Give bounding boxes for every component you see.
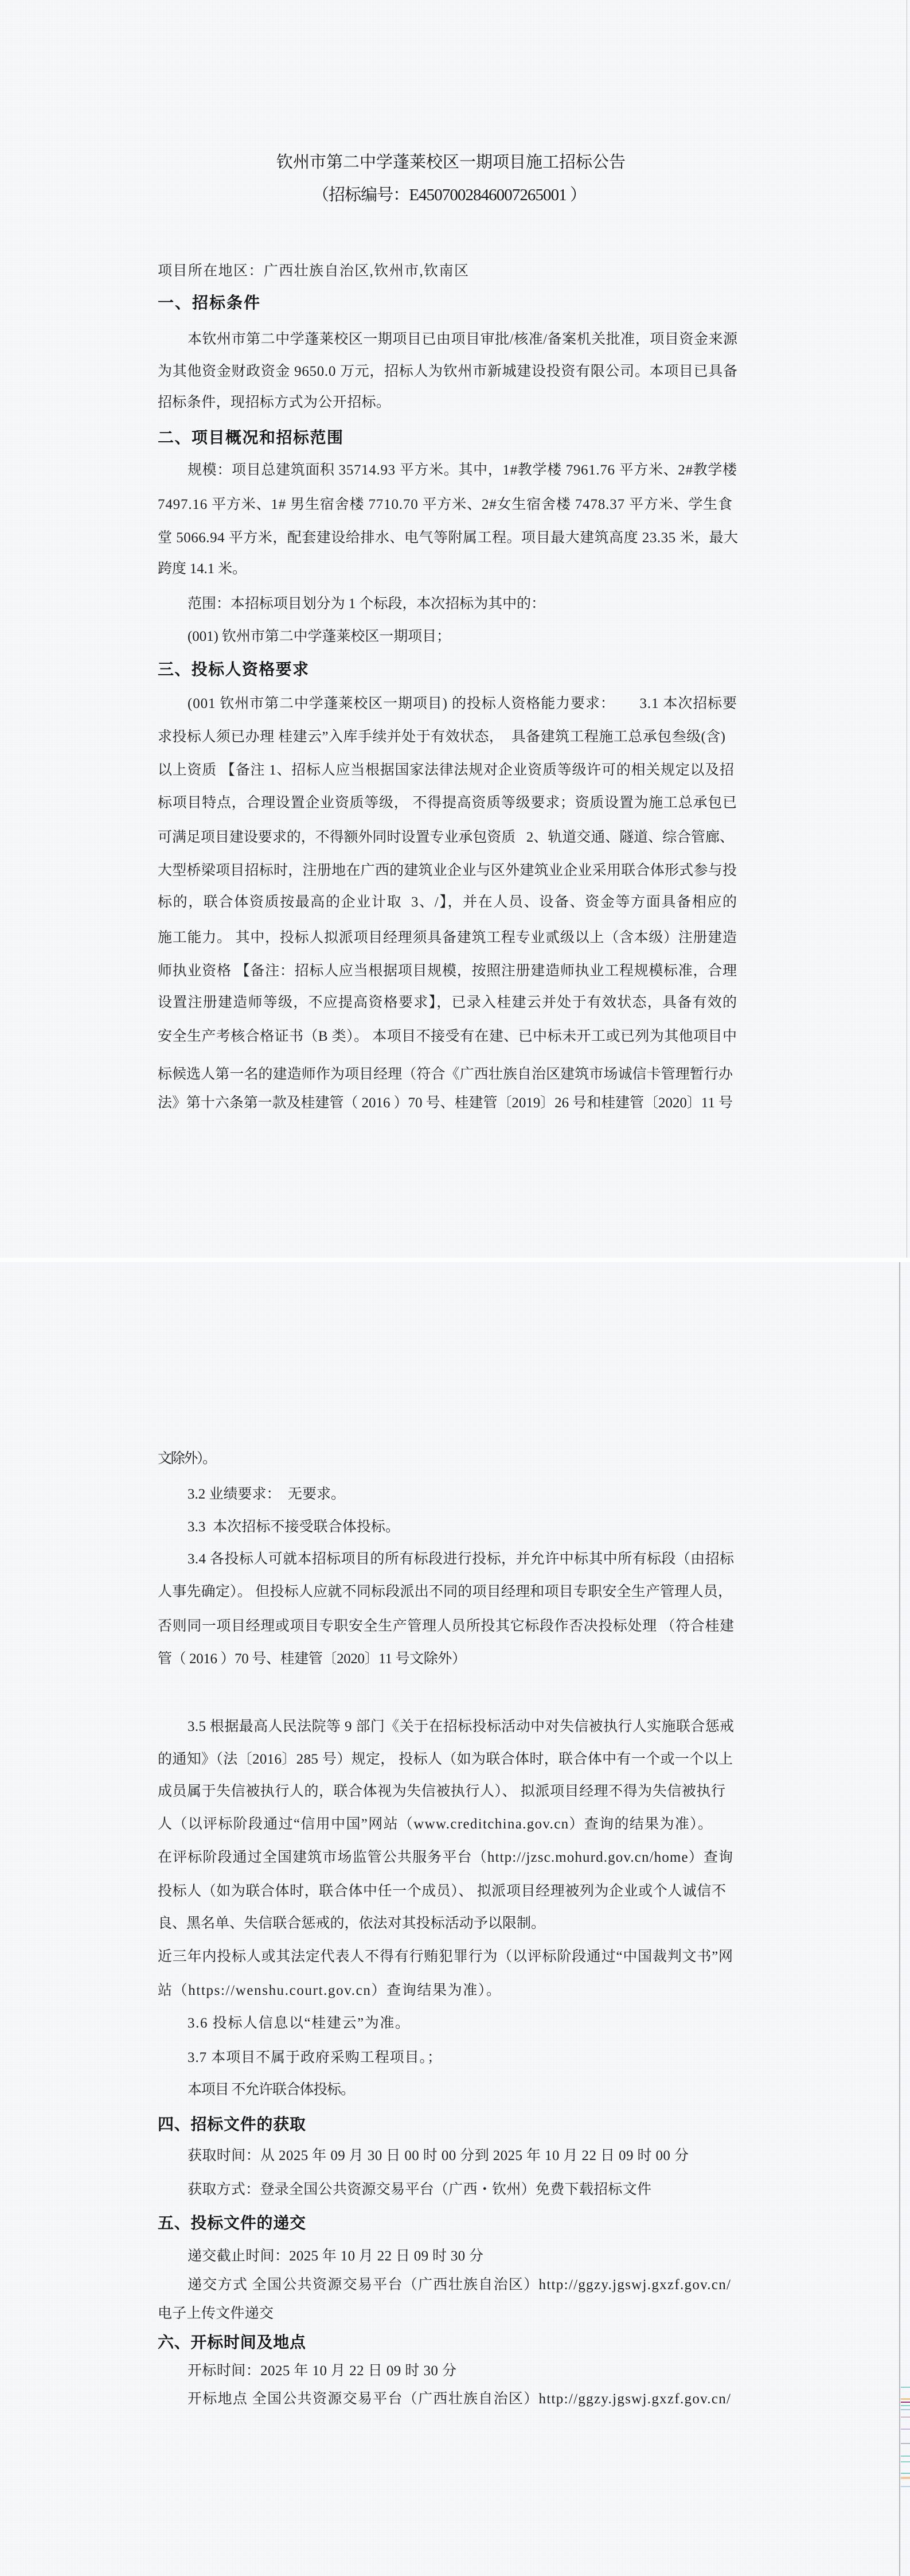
scan-artifact: [901, 2443, 910, 2444]
scan-artifact: [901, 2486, 910, 2487]
text-line: 安全生产考核合格证书（B 类）。 本项目不接受有在建、已中标未开工或已列为其他项…: [158, 1028, 737, 1046]
scan-artifact: [901, 2398, 910, 2400]
text-line: 递交方式 全国公共资源交易平台（广西壮族自治区）http://ggzy.jgsw…: [188, 2276, 731, 2294]
text-line: 获取方式：登录全国公共资源交易平台（广西・钦州）免费下载招标文件: [188, 2181, 651, 2199]
text-line: 的通知》（法〔2016〕285 号）规定， 投标人（如为联合体时，联合体中有一个…: [158, 1750, 733, 1769]
text-line: 标项目特点，合理设置企业资质等级， 不得提高资质等级要求；资质设置为施工总承包已: [158, 794, 737, 812]
text-line: 在评标阶段通过全国建筑市场监管公共服务平台（http://jzsc.mohurd…: [158, 1849, 733, 1867]
text-line: 招标条件，现招标方式为公开招标。: [158, 394, 390, 412]
text-line: 跨度 14.1 米。: [158, 560, 247, 578]
text-line: 规模：项目总建筑面积 35714.93 平方米。其中，1#教学楼 7961.76…: [188, 461, 737, 480]
scan-artifact: [901, 2417, 910, 2418]
scan-artifact: [901, 2409, 910, 2410]
scan-artifact: [901, 2461, 910, 2462]
scan-artifact: [901, 2429, 910, 2430]
text-line: 3.2 业绩要求： 无要求。: [188, 1485, 345, 1504]
section-heading: 三、投标人资格要求: [158, 660, 309, 679]
section-heading: 六、开标时间及地点: [158, 2333, 306, 2352]
scan-artifact: [901, 2402, 910, 2403]
text-line: 以上资质 【备注 1、招标人应当根据国家法律法规对企业资质等级许可的相关规定以及…: [158, 761, 735, 780]
scanned-document: 钦州市第二中学蓬莱校区一期项目施工招标公告 （招标编号：E45070028460…: [0, 0, 910, 2576]
scan-artifact: [901, 2405, 910, 2406]
text-line: 站（https://wenshu.court.gov.cn）查询结果为准）。: [158, 1982, 502, 2000]
text-line: 为其他资金财政资金 9650.0 万元，招标人为钦州市新城建设投资有限公司。本项…: [158, 363, 738, 381]
text-line: 开标时间：2025 年 10 月 22 日 09 时 30 分: [188, 2362, 456, 2380]
project-location: 项目所在地区：广西壮族自治区,钦州市,钦南区: [158, 262, 469, 281]
text-line: 标的，联合体资质按最高的企业计取 3、/】，并在人员、设备、资金等方面具备相应的: [158, 893, 738, 912]
text-line: 法》第十六条第一款及桂建管（ 2016 ）70 号、桂建管〔2019〕26 号和…: [158, 1094, 733, 1112]
scan-artifact: [901, 2387, 910, 2388]
text-line: 开标地点 全国公共资源交易平台（广西壮族自治区）http://ggzy.jgsw…: [188, 2390, 731, 2408]
text-line: 堂 5066.94 平方米，配套建设给排水、电气等附属工程。项目最大建筑高度 2…: [158, 529, 739, 547]
text-line: 7497.16 平方米、1# 男生宿舍楼 7710.70 平方米、2#女生宿舍楼…: [158, 496, 733, 514]
section-heading: 四、招标文件的获取: [158, 2115, 306, 2134]
text-line: 本钦州市第二中学蓬莱校区一期项目已由项目审批/核准/备案机关批准，项目资金来源: [188, 330, 738, 349]
scan-artifact: [901, 2473, 910, 2474]
text-line: 3.7 本项目不属于政府采购工程项目。；: [188, 2049, 442, 2067]
text-line: 成员属于失信被执行人的，联合体视为失信被执行人）、 拟派项目经理不得为失信被执行: [158, 1783, 726, 1801]
text-line: 近三年内投标人或其法定代表人不得有行贿犯罪行为（以评标阶段通过“中国裁判文书”网: [158, 1948, 733, 1966]
section-heading: 一、招标条件: [158, 293, 261, 313]
text-line: 本项目 不允许联合体投标。: [188, 2081, 354, 2099]
text-line: 施工能力。 其中，投标人拟派项目经理须具备建筑工程专业贰级以上（含本级）注册建造: [158, 929, 737, 947]
text-line: (001) 钦州市第二中学蓬莱校区一期项目；: [188, 628, 451, 646]
text-line: 否则同一项目经理或项目专职安全生产管理人员所投其它标段作否决投标处理 （符合桂建: [158, 1617, 735, 1636]
text-line: 3.6 投标人信息以“桂建云”为准。: [188, 2014, 411, 2033]
document-title: 钦州市第二中学蓬莱校区一期项目施工招标公告: [276, 153, 626, 172]
text-line: 范围：本招标项目划分为 1 个标段，本次招标为其中的：: [188, 595, 545, 613]
scan-edge-line: [907, 0, 907, 1258]
scan-artifact: [901, 2477, 910, 2479]
text-line: 文除外）。: [158, 1450, 216, 1468]
text-line: 3.3 本次招标不接受联合体投标。: [188, 1518, 400, 1536]
text-line: 递交截止时间：2025 年 10 月 22 日 09 时 30 分: [188, 2247, 483, 2266]
text-line: 3.4 各投标人可就本招标项目的所有标段进行投标，并允许中标其中所有标段（由招标: [188, 1550, 734, 1569]
text-line: 获取时间：从 2025 年 09 月 30 日 00 时 00 分到 2025 …: [188, 2147, 689, 2165]
text-line: 3.5 根据最高人民法院等 9 部门《关于在招标投标活动中对失信被执行人实施联合…: [188, 1718, 734, 1736]
text-line: 电子上传文件递交: [158, 2305, 274, 2323]
bid-number: （招标编号：E4507002846007265001 ）: [313, 185, 586, 205]
text-line: 良、黑名单、失信联合惩戒的，依法对其投标活动予以限制。: [158, 1915, 545, 1933]
scan-edge-line: [899, 1262, 900, 2576]
text-line: 可满足项目建设要求的，不得额外同时设置专业承包资质 2、轨道交通、隧道、综合管廊…: [158, 828, 734, 847]
text-line: 管（ 2016 ）70 号、桂建管〔2020〕11 号文除外）: [158, 1650, 466, 1668]
text-line: 标候选人第一名的建造师作为项目经理（符合《广西壮族自治区建筑市场诚信卡管理暂行办: [158, 1065, 733, 1084]
text-line: 设置注册建造师等级，不应提高资格要求】，已录入桂建云并处于有效状态，具备有效的: [158, 994, 737, 1012]
text-line: 大型桥梁项目招标时，注册地在广西的建筑业企业与区外建筑业企业采用联合体形式参与投: [158, 862, 737, 880]
section-heading: 五、投标文件的递交: [158, 2213, 306, 2233]
text-line: 求投标人须已办理 桂建云”入库手续并处于有效状态， 具备建筑工程施工总承包叁级(…: [158, 728, 725, 746]
text-line: 人（以评标阶段通过“信用中国”网站（www.creditchina.gov.cn…: [158, 1815, 713, 1834]
text-line: (001 钦州市第二中学蓬莱校区一期项目) 的投标人资格能力要求： 3.1 本次…: [188, 695, 737, 713]
scan-artifact: [901, 2456, 910, 2457]
section-heading: 二、项目概况和招标范围: [158, 428, 343, 448]
text-line: 投标人（如为联合体时，联合体中任一个成员）、 拟派项目经理被列为企业或个人诚信不: [158, 1882, 727, 1901]
text-line: 人事先确定）。 但投标人应就不同标段派出不同的项目经理和项目专职安全生产管理人员…: [158, 1583, 732, 1601]
text-line: 师执业资格 【备注：招标人应当根据项目规模，按照注册建造师执业工程规模标准，合理: [158, 962, 737, 980]
